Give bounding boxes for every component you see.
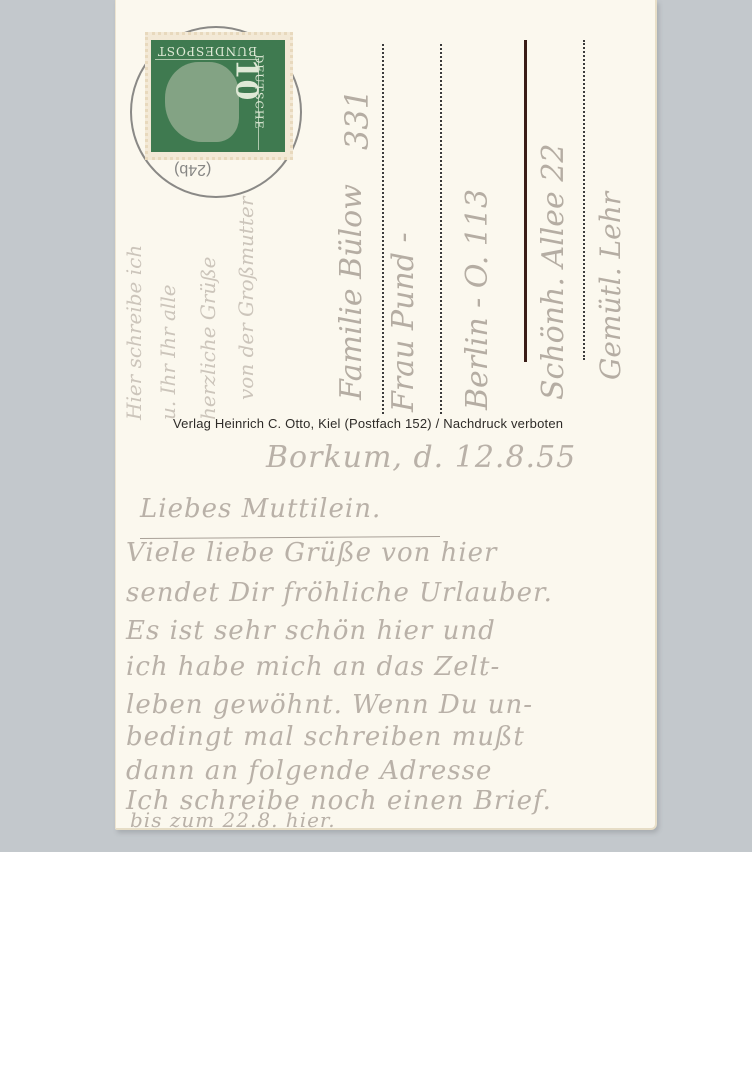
address-line: Berlin - O. 113 <box>460 189 495 410</box>
message-place-date: Borkum, d. 12.8.55 <box>266 440 576 475</box>
postmark-text: (24b) <box>174 160 211 178</box>
message-line: dann an folgende Adresse <box>126 756 492 786</box>
stamp-country-text: BUNDESPOST <box>157 44 257 58</box>
message-line: bis zum 22.8. hier. <box>130 808 336 830</box>
address-line: Schönh. Allee 22 <box>536 143 571 400</box>
address-divider-dotted <box>440 44 442 414</box>
margin-note-line: Hier schreibe ich <box>122 245 146 420</box>
postage-stamp: BUNDESPOST 10 DEUTSCHE <box>145 32 293 160</box>
margin-note-line: herzliche Grüße <box>196 257 220 421</box>
message-line: Viele liebe Grüße von hier <box>126 538 498 568</box>
address-line: Familie Bülow <box>334 184 369 400</box>
address-divider-dotted <box>583 40 585 360</box>
address-number: 331 <box>338 89 376 150</box>
address-line: Gemütl. Lehr <box>594 192 627 380</box>
margin-note-line: u. Ihr Ihr alle <box>156 284 180 420</box>
address-divider-dotted <box>382 44 384 414</box>
message-line: bedingt mal schreiben mußt <box>126 722 525 752</box>
stamp-side-text: DEUTSCHE <box>253 55 266 135</box>
postcard-back: (24b) BUNDESPOST 10 DEUTSCHE Familie Bül… <box>115 0 657 830</box>
message-line: ich habe mich an das Zelt- <box>126 652 500 682</box>
message-salutation: Liebes Muttilein. <box>140 494 381 524</box>
message-line: leben gewöhnt. Wenn Du un- <box>126 690 533 720</box>
address-line: Frau Pund - <box>386 232 421 412</box>
publisher-imprint: Verlag Heinrich C. Otto, Kiel (Postfach … <box>173 416 563 431</box>
stamp-face: BUNDESPOST 10 DEUTSCHE <box>151 40 285 152</box>
message-line: Es ist sehr schön hier und <box>126 616 496 646</box>
address-divider-solid <box>524 40 527 362</box>
margin-note-line: von der Großmutter <box>234 197 258 400</box>
message-line: sendet Dir fröhliche Urlauber. <box>126 578 553 608</box>
